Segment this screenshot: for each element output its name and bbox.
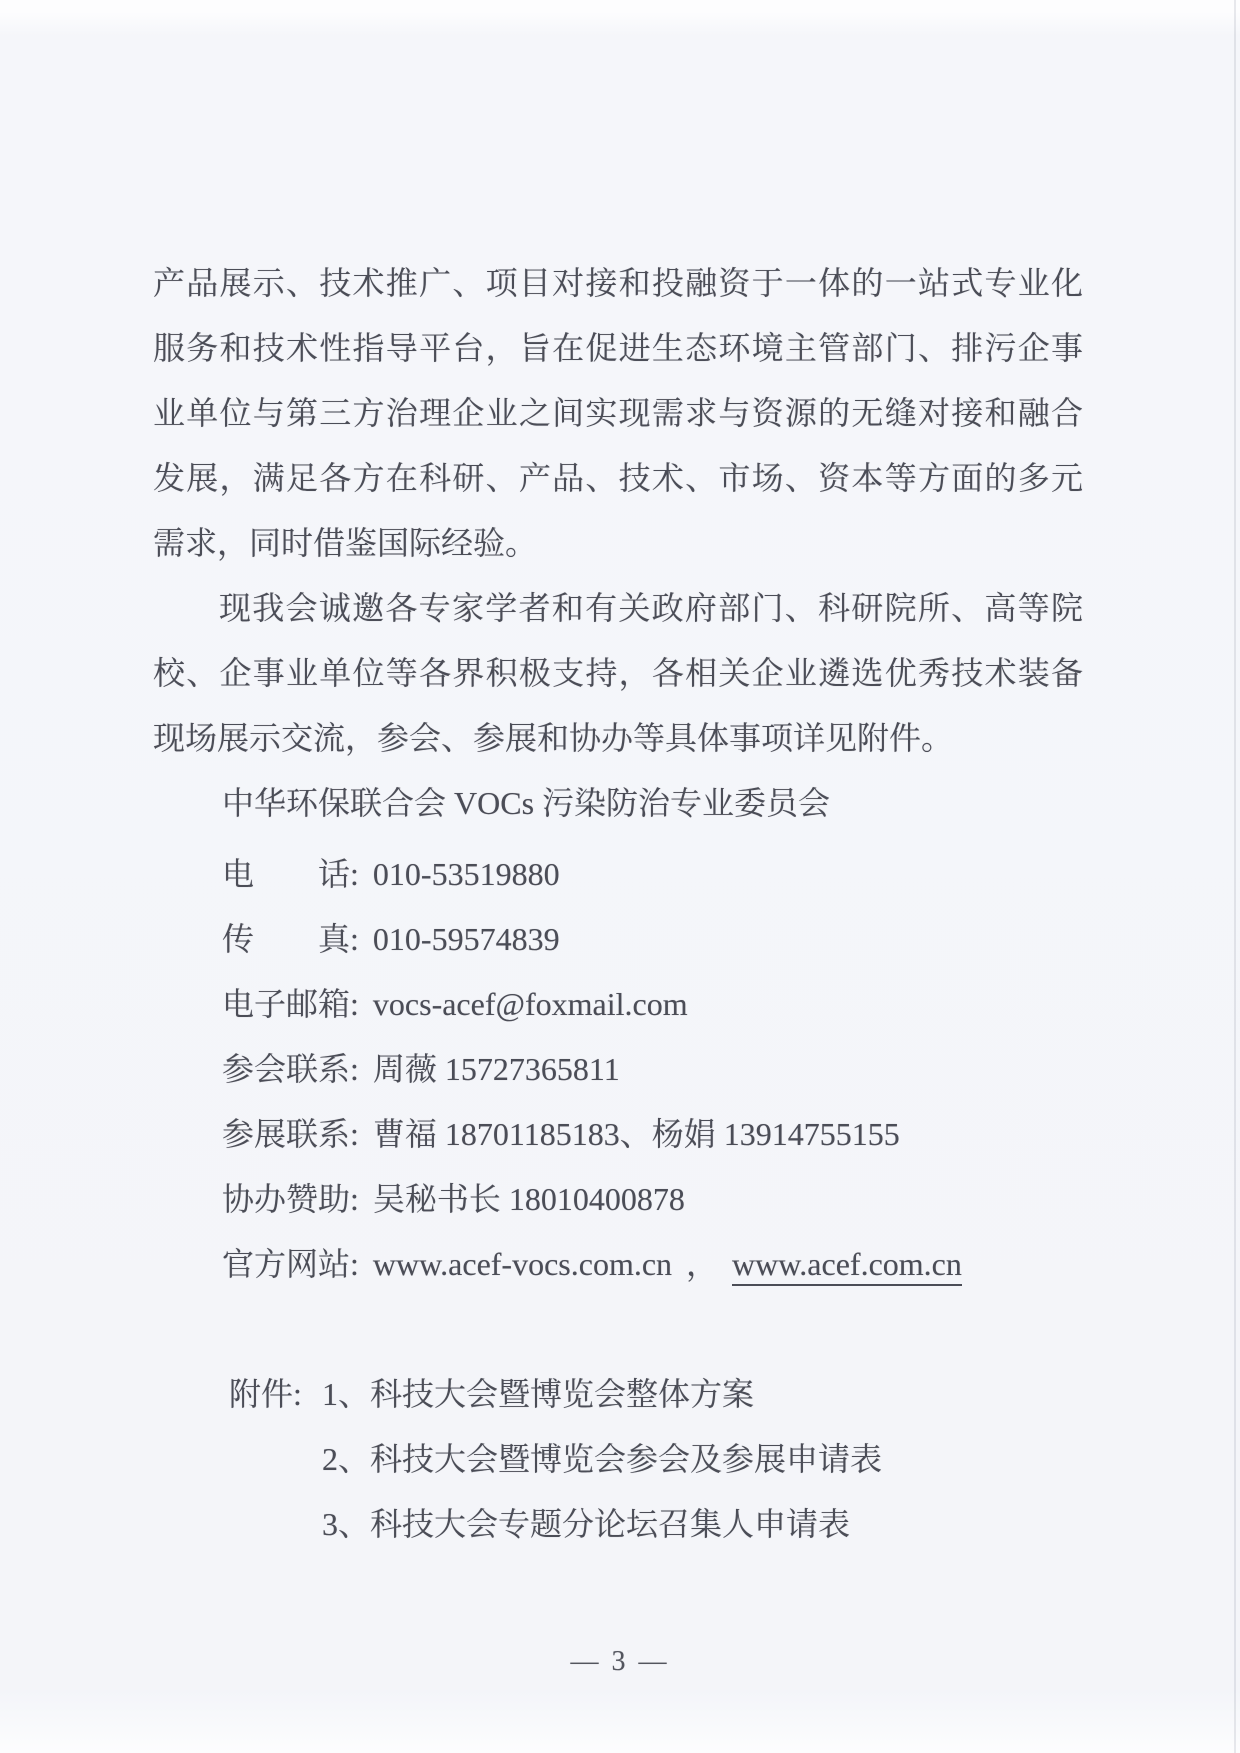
contact-row-exhibitor: 参展联系:曹福 18701185183、杨娟 13914755155 [222,1102,1083,1167]
body-line: 现场展示交流，参会、参展和协办等具体事项详见附件。 [153,706,1083,771]
contact-value: vocs-acef@foxmail.com [373,986,688,1022]
contact-row-fax: 传 真:010-59574839 [222,907,1083,972]
contact-value: 010-53519880 [373,856,560,892]
paragraph-platform: 产品展示、技术推广、项目对接和投融资于一体的一站式专业化 服务和技术性指导平台，… [153,251,1083,576]
page-number: — 3 — [0,1646,1240,1678]
attachment-item: 2、科技大会暨博览会参会及参展申请表 [229,1427,1083,1492]
contact-row-attendee: 参会联系:周薇 15727365811 [222,1037,1083,1102]
attachment-row: 附件:1、科技大会暨博览会整体方案 [229,1362,1083,1427]
attachments-label: 附件: [229,1362,322,1427]
body-line: 服务和技术性指导平台，旨在促进生态环境主管部门、排污企事 [153,316,1083,381]
contact-value: 吴秘书长 18010400878 [373,1181,685,1217]
scanned-document-page: 产品展示、技术推广、项目对接和投融资于一体的一站式专业化 服务和技术性指导平台，… [0,0,1240,1753]
contact-value: 周薇 15727365811 [373,1051,620,1087]
contact-label: 电 话: [222,856,359,892]
contact-row-phone: 电 话:010-53519880 [222,842,1083,907]
attachments-list: 附件:1、科技大会暨博览会整体方案 2、科技大会暨博览会参会及参展申请表 3、科… [229,1362,1083,1557]
contact-value: 010-59574839 [373,921,560,957]
contact-row-email: 电子邮箱:vocs-acef@foxmail.com [222,972,1083,1037]
attachment-item: 3、科技大会专题分论坛召集人申请表 [229,1492,1083,1557]
body-line: 现我会诚邀各专家学者和有关政府部门、科研院所、高等院 [153,576,1083,641]
contact-row-website: 官方网站:www.acef-vocs.com.cn，www.acef.com.c… [222,1232,1083,1297]
contact-row-sponsor: 协办赞助:吴秘书长 18010400878 [222,1167,1083,1232]
contact-label: 协办赞助: [222,1181,359,1217]
body-line: 需求，同时借鉴国际经验。 [153,511,1083,576]
website-url-primary: www.acef-vocs.com.cn [373,1246,672,1282]
organization-name: 中华环保联合会 VOCs 污染防治专业委员会 [222,771,1083,836]
contact-label: 电子邮箱: [222,986,359,1022]
contact-label: 参展联系: [222,1116,359,1152]
document-body: 产品展示、技术推广、项目对接和投融资于一体的一站式专业化 服务和技术性指导平台，… [153,251,1083,1557]
attachment-item: 1、科技大会暨博览会整体方案 [322,1376,754,1412]
body-line: 校、企事业单位等各界积极支持，各相关企业遴选优秀技术装备 [153,641,1083,706]
contact-value: 曹福 18701185183、杨娟 13914755155 [373,1116,900,1152]
website-url-separator: ， [686,1246,718,1282]
contact-label: 参会联系: [222,1051,359,1087]
contact-label: 官方网站: [222,1246,359,1282]
body-line: 发展，满足各方在科研、产品、技术、市场、资本等方面的多元 [153,446,1083,511]
body-line: 产品展示、技术推广、项目对接和投融资于一体的一站式专业化 [153,251,1083,316]
paragraph-invitation: 现我会诚邀各专家学者和有关政府部门、科研院所、高等院 校、企事业单位等各界积极支… [153,576,1083,771]
contact-list: 电 话:010-53519880 传 真:010-59574839 电子邮箱:v… [222,842,1083,1297]
website-url-secondary: www.acef.com.cn [732,1246,962,1286]
body-line: 业单位与第三方治理企业之间实现需求与资源的无缝对接和融合 [153,381,1083,446]
contact-label: 传 真: [222,921,359,957]
